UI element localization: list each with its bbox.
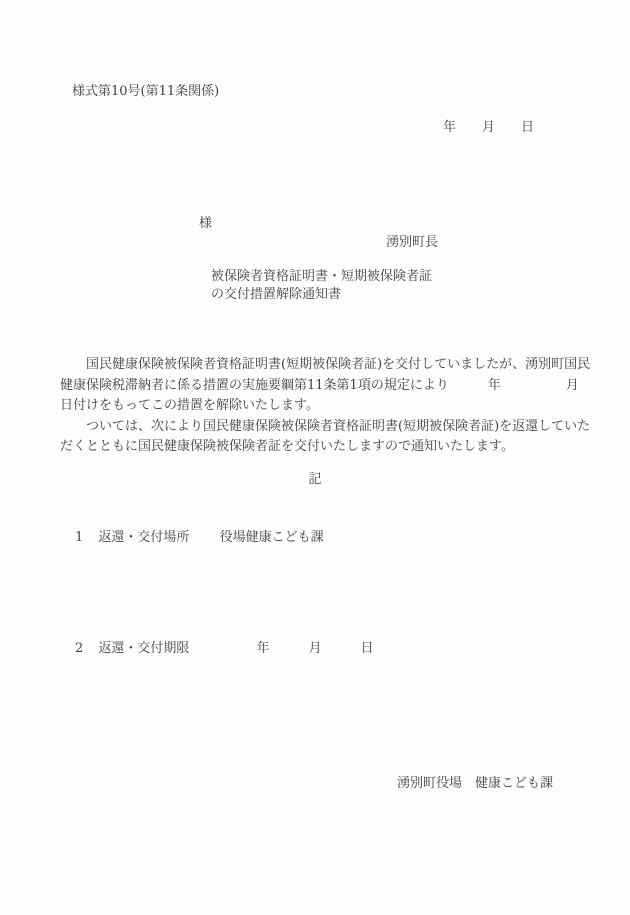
addressee-honorific: 様 [199, 217, 212, 230]
body-line: 国民健康保険被保険者資格証明書(短期被保険者証)を交付していましたが、湧別町国民 [60, 355, 630, 376]
item-number: 1 [75, 531, 83, 544]
body-line: 日付けをもってこの措置を解除いたします。 [60, 396, 630, 417]
item-label: 返還・交付場所 [98, 531, 189, 544]
item-label: 返還・交付期限 [98, 642, 189, 655]
date-line: 年 月 日 [443, 121, 534, 134]
form-number: 様式第10号(第11条関係) [72, 85, 219, 98]
item-value: 役場健康こども課 [220, 531, 324, 544]
document-title-line1: 被保険者資格証明書・短期被保険者証 [211, 270, 432, 283]
item-number: 2 [75, 642, 83, 655]
sender-title: 湧別町長 [386, 236, 438, 249]
item-return-deadline: 2 返還・交付期限 年 月 日 [75, 642, 374, 655]
body-line: 健康保険税滞納者に係る措置の実施要綱第11条第1項の規定により 年 月 [60, 376, 630, 397]
list-marker: 記 [0, 473, 630, 486]
item-return-location: 1 返還・交付場所 役場健康こども課 [75, 531, 324, 544]
body-line: だくとともに国民健康保険被保険者証を交付いたしますので通知いたします。 [60, 437, 630, 458]
item-value: 年 月 日 [257, 642, 374, 655]
document-title-line2: の交付措置解除通知書 [211, 288, 341, 301]
body-paragraph: 国民健康保険被保険者資格証明書(短期被保険者証)を交付していましたが、湧別町国民… [60, 355, 630, 458]
footer-department: 湧別町役場 健康こども課 [397, 777, 553, 790]
document-page: 様式第10号(第11条関係) 年 月 日 様 湧別町長 被保険者資格証明書・短期… [0, 0, 630, 915]
body-line: ついては、次により国民健康保険被保険者資格証明書(短期被保険者証)を返還していた [60, 417, 630, 438]
